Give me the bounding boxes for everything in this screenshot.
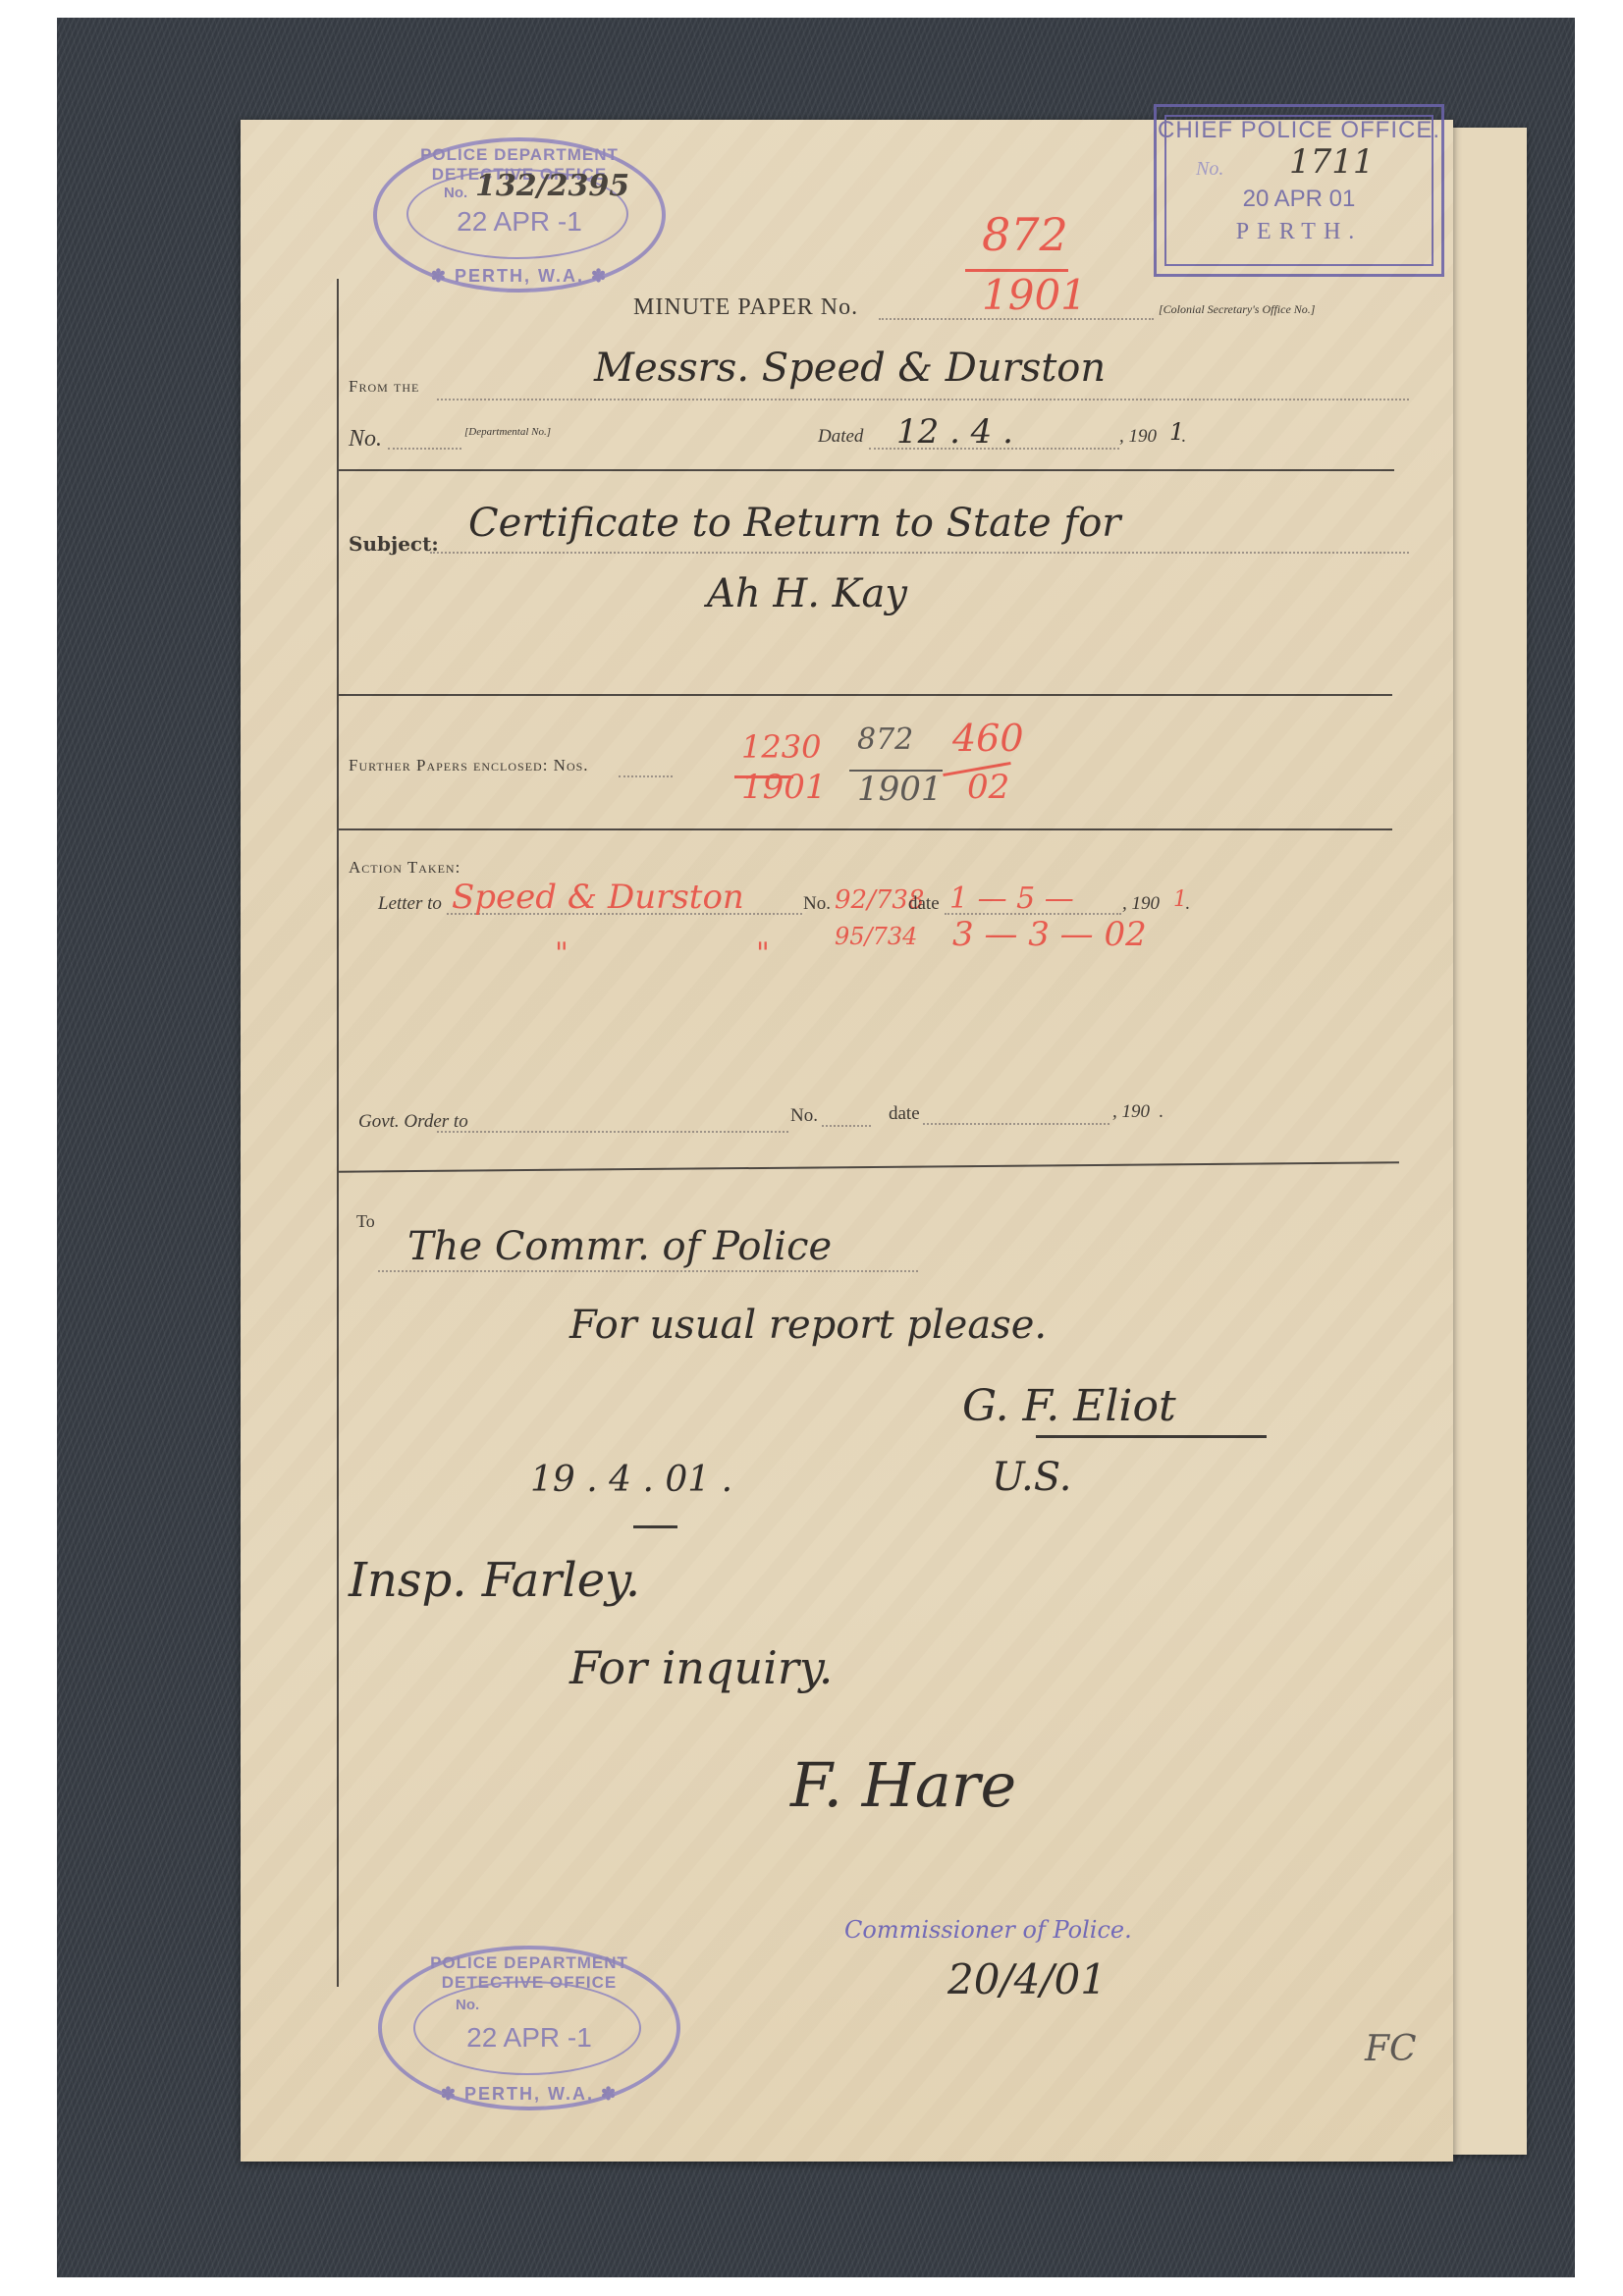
minute-1-text: For usual report please. [569, 1303, 1047, 1348]
stamp-ring-bottom-text: ✽ PERTH, W.A. ✽ [377, 266, 662, 287]
second-letter-number: 95/734 [835, 923, 917, 950]
govt-date-label: date [889, 1103, 920, 1125]
further-paper-3-bottom: 02 [967, 768, 1009, 807]
action-taken-label: Action Taken: [349, 858, 460, 878]
section-divider-4 [337, 1161, 1399, 1172]
year-period: . [1181, 426, 1186, 448]
to-label: To [356, 1211, 375, 1232]
second-letter-date: 3 — 3 — 02 [952, 915, 1147, 954]
letter-year-period: . [1185, 893, 1190, 915]
further-paper-2-top: 872 [857, 722, 913, 757]
further-papers-label: Further Papers enclosed: Nos. [349, 756, 589, 775]
commissioner-role-stamp: Commissioner of Police. [844, 1916, 1132, 1944]
subject-dots [430, 552, 1409, 554]
govt-year: , 190 . [1112, 1101, 1163, 1123]
stamp-date: 22 APR -1 [377, 206, 662, 238]
departmental-label: [Departmental No.] [464, 426, 551, 438]
minute-2-signature: F. Hare [790, 1749, 1016, 1821]
stamp-handwritten-number: 1711 [1289, 142, 1375, 182]
further-paper-1-top: 1230 [741, 728, 821, 766]
detective-office-stamp-top: POLICE DEPARTMENT DETECTIVE OFFICE No. 1… [373, 137, 666, 293]
further-paper-3-top: 460 [952, 717, 1024, 760]
section-divider-1 [337, 469, 1394, 471]
govt-order-dots [437, 1131, 788, 1133]
ditto-mark-2: " [756, 936, 770, 971]
minute-paper-number-top: 872 [982, 208, 1068, 261]
minute-paper: POLICE DEPARTMENT DETECTIVE OFFICE No. 1… [241, 120, 1453, 2162]
stamp-no-label: No. [444, 185, 467, 201]
stamp-no-label: No. [456, 1997, 479, 2013]
colonial-secretary-label: [Colonial Secretary's Office No.] [1159, 302, 1315, 317]
letter-to-value: Speed & Durston [452, 878, 744, 917]
subject-line-2: Ah H. Kay [707, 571, 907, 616]
minute-2-date: 20/4/01 [947, 1955, 1107, 2003]
detective-office-stamp-bottom: POLICE DEPARTMENT DETECTIVE OFFICE No. 2… [378, 1946, 680, 2110]
subject-line-1: Certificate to Return to State for [468, 501, 1120, 546]
minute-2-text: For inquiry. [569, 1641, 833, 1694]
stamp-city: PERTH. [1157, 219, 1441, 245]
stamp-date: 22 APR -1 [382, 2022, 676, 2054]
govt-date-dots [923, 1123, 1109, 1125]
letter-to-label: Letter to [378, 893, 442, 915]
dated-label: Dated [818, 426, 863, 448]
letter-year-print: , 190 [1122, 893, 1160, 915]
from-dots [437, 399, 1409, 400]
stamp-no-label: No. [1196, 158, 1223, 181]
stamp-ring-bottom-text: ✽ PERTH, W.A. ✽ [382, 2084, 676, 2105]
further-papers-dots [619, 775, 673, 777]
section-divider-3 [337, 828, 1392, 830]
departmental-no-label: No. [349, 426, 382, 453]
govt-no-dots [822, 1125, 871, 1127]
stamp-title: CHIEF POLICE OFFICE. [1157, 117, 1441, 144]
stamp-handwritten-number: 132/2395 [475, 169, 629, 203]
minute-paper-number-bottom: 1901 [982, 271, 1087, 319]
further-paper-2-bottom: 1901 [857, 770, 943, 809]
separator-dash [633, 1525, 677, 1528]
to-value: The Commr. of Police [407, 1224, 832, 1269]
stamp-ring-top-text: POLICE DEPARTMENT DETECTIVE OFFICE [382, 1953, 676, 1993]
minute-1-title: U.S. [992, 1455, 1071, 1500]
chief-police-office-stamp: CHIEF POLICE OFFICE. No. 1711 20 APR 01 … [1154, 104, 1444, 277]
from-label: From the [349, 377, 419, 397]
year-print: , 190 [1119, 426, 1157, 448]
letter-date-value: 1 — 5 — [949, 881, 1074, 916]
departmental-no-dots [388, 448, 461, 450]
letter-date-label: date [908, 893, 940, 915]
left-margin-rule [337, 279, 339, 1987]
minute-2-addressee: Insp. Farley. [349, 1553, 640, 1608]
govt-no-label: No. [790, 1105, 818, 1127]
subject-label: Subject: [349, 532, 439, 556]
minute-paper-title: MINUTE PAPER No. [633, 294, 858, 321]
further-paper-1-bottom: 1901 [741, 768, 827, 807]
minute-1-signature: G. F. Eliot [962, 1381, 1176, 1431]
dated-value: 12 . 4 . [896, 412, 1013, 452]
letter-no-label: No. [803, 893, 831, 915]
signature-underline [1036, 1435, 1267, 1438]
minute-1-date: 19 . 4 . 01 . [530, 1460, 732, 1500]
stamp-date: 20 APR 01 [1157, 186, 1441, 213]
from-value: Messrs. Speed & Durston [594, 346, 1106, 391]
ditto-mark-1: " [555, 936, 568, 971]
initials: FC [1365, 2029, 1417, 2069]
to-dots [378, 1270, 918, 1272]
govt-order-label: Govt. Order to [358, 1111, 468, 1133]
section-divider-2 [337, 694, 1392, 696]
